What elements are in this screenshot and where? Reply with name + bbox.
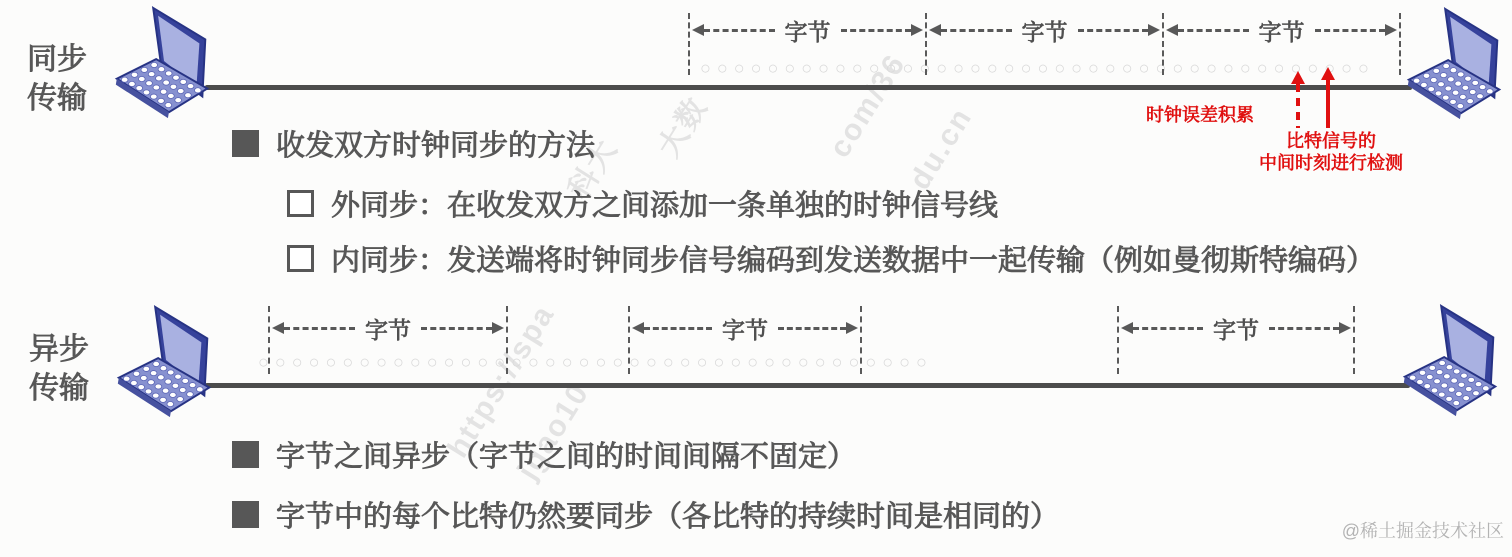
arrowhead-up-icon bbox=[1291, 71, 1305, 84]
bullet-external-sync: 外同步：在收发双方之间添加一条单独的时钟信号线 bbox=[287, 183, 998, 224]
async-section-title: 异步 传输 bbox=[29, 330, 89, 408]
sync-title-line1: 同步 bbox=[27, 40, 87, 79]
bit-detect-line1: 比特信号的 bbox=[1236, 130, 1426, 152]
byte-label: 字节 bbox=[1249, 14, 1315, 47]
arrowhead-up-icon bbox=[1321, 67, 1335, 80]
dashed-line bbox=[284, 327, 355, 330]
dashed-line bbox=[778, 327, 846, 330]
bullet-text: 内同步：发送端将时钟同步信号编码到发送数据中一起传输（例如曼彻斯特编码） bbox=[331, 238, 1375, 279]
async-title-line2: 传输 bbox=[29, 369, 89, 408]
square-bullet-icon bbox=[232, 130, 259, 157]
byte-boundary-tick bbox=[860, 306, 862, 374]
dashed-line bbox=[841, 29, 912, 32]
arrowhead-left-icon bbox=[1166, 24, 1178, 36]
byte-span-sync-1: 字节 bbox=[692, 17, 923, 43]
byte-boundary-tick bbox=[925, 13, 927, 75]
arrowhead-left-icon bbox=[929, 24, 941, 36]
dashed-line bbox=[704, 29, 775, 32]
dashed-line bbox=[941, 29, 1012, 32]
bullet-text: 字节之间异步（字节之间的时间间隔不固定） bbox=[276, 434, 856, 475]
byte-boundary-tick bbox=[1399, 13, 1401, 75]
arrowhead-left-icon bbox=[1121, 322, 1133, 334]
square-bullet-icon bbox=[232, 501, 259, 528]
byte-span-async-3: 字节 bbox=[1121, 315, 1351, 341]
async-title-line1: 异步 bbox=[29, 330, 89, 369]
bit-detect-line2: 中间时刻进行检测 bbox=[1236, 152, 1426, 174]
bullet-text: 收发双方时钟同步的方法 bbox=[276, 123, 595, 164]
community-watermark: @稀土掘金技术社区 bbox=[1342, 517, 1504, 543]
dashed-line bbox=[1078, 29, 1149, 32]
sample-arrow-dashed bbox=[1296, 84, 1300, 128]
arrowhead-left-icon bbox=[272, 322, 284, 334]
byte-span-async-1: 字节 bbox=[272, 315, 504, 341]
dashed-line bbox=[421, 327, 492, 330]
laptop-icon bbox=[111, 303, 221, 421]
byte-label: 字节 bbox=[712, 312, 778, 345]
bullet-text: 字节中的每个比特仍然要同步（各比特的持续时间是相同的） bbox=[276, 494, 1059, 535]
dashed-line bbox=[1269, 327, 1339, 330]
arrowhead-right-icon bbox=[1385, 24, 1397, 36]
background-watermark: 大数 bbox=[645, 86, 716, 164]
byte-label: 字节 bbox=[1203, 312, 1269, 345]
dashed-line bbox=[1178, 29, 1249, 32]
bit-detect-label: 比特信号的 中间时刻进行检测 bbox=[1236, 130, 1426, 174]
dashed-line bbox=[1315, 29, 1386, 32]
laptop-icon bbox=[1397, 302, 1507, 420]
sync-section-title: 同步 传输 bbox=[27, 40, 87, 118]
byte-label: 字节 bbox=[1012, 14, 1078, 47]
byte-label: 字节 bbox=[775, 14, 841, 47]
byte-span-async-2: 字节 bbox=[632, 315, 858, 341]
sample-arrow-solid bbox=[1326, 80, 1330, 128]
dashed-line bbox=[644, 327, 712, 330]
arrowhead-right-icon bbox=[911, 24, 923, 36]
arrowhead-right-icon bbox=[846, 322, 858, 334]
laptop-icon bbox=[109, 4, 219, 122]
byte-boundary-tick bbox=[1353, 306, 1355, 374]
byte-boundary-tick bbox=[268, 306, 270, 374]
sync-title-line2: 传输 bbox=[27, 79, 87, 118]
arrowhead-left-icon bbox=[692, 24, 704, 36]
ghost-circles-row: ○○○○○○○○○○○○○○○○○○○○○○○○○○○○○○○○○○○○○○○○ bbox=[258, 350, 1358, 374]
async-transmission-line bbox=[205, 383, 1410, 388]
byte-span-sync-3: 字节 bbox=[1166, 17, 1397, 43]
byte-boundary-tick bbox=[688, 13, 690, 75]
byte-label: 字节 bbox=[355, 312, 421, 345]
background-watermark: du.cn bbox=[903, 102, 980, 196]
square-outline-bullet-icon bbox=[287, 245, 314, 272]
square-bullet-icon bbox=[232, 441, 259, 468]
arrowhead-right-icon bbox=[1148, 24, 1160, 36]
arrowhead-left-icon bbox=[632, 322, 644, 334]
bullet-bits-still-sync: 字节中的每个比特仍然要同步（各比特的持续时间是相同的） bbox=[232, 494, 1059, 535]
byte-boundary-tick bbox=[1117, 306, 1119, 374]
laptop-icon bbox=[1401, 5, 1511, 123]
dashed-line bbox=[1133, 327, 1203, 330]
byte-span-sync-2: 字节 bbox=[929, 17, 1160, 43]
slide-canvas: https://spa jgao10 科大 大数 com/36 du.cn ○○… bbox=[0, 0, 1512, 557]
square-outline-bullet-icon bbox=[287, 190, 314, 217]
byte-boundary-tick bbox=[628, 306, 630, 374]
bullet-async-between-bytes: 字节之间异步（字节之间的时间间隔不固定） bbox=[232, 434, 856, 475]
sync-transmission-line bbox=[205, 85, 1412, 90]
bullet-internal-sync: 内同步：发送端将时钟同步信号编码到发送数据中一起传输（例如曼彻斯特编码） bbox=[287, 238, 1375, 279]
byte-boundary-tick bbox=[506, 306, 508, 374]
bullet-sync-methods: 收发双方时钟同步的方法 bbox=[232, 123, 595, 164]
byte-boundary-tick bbox=[1162, 13, 1164, 75]
bullet-text: 外同步：在收发双方之间添加一条单独的时钟信号线 bbox=[331, 183, 998, 224]
clock-error-label: 时钟误差积累 bbox=[1146, 101, 1254, 127]
arrowhead-right-icon bbox=[1339, 322, 1351, 334]
arrowhead-right-icon bbox=[492, 322, 504, 334]
